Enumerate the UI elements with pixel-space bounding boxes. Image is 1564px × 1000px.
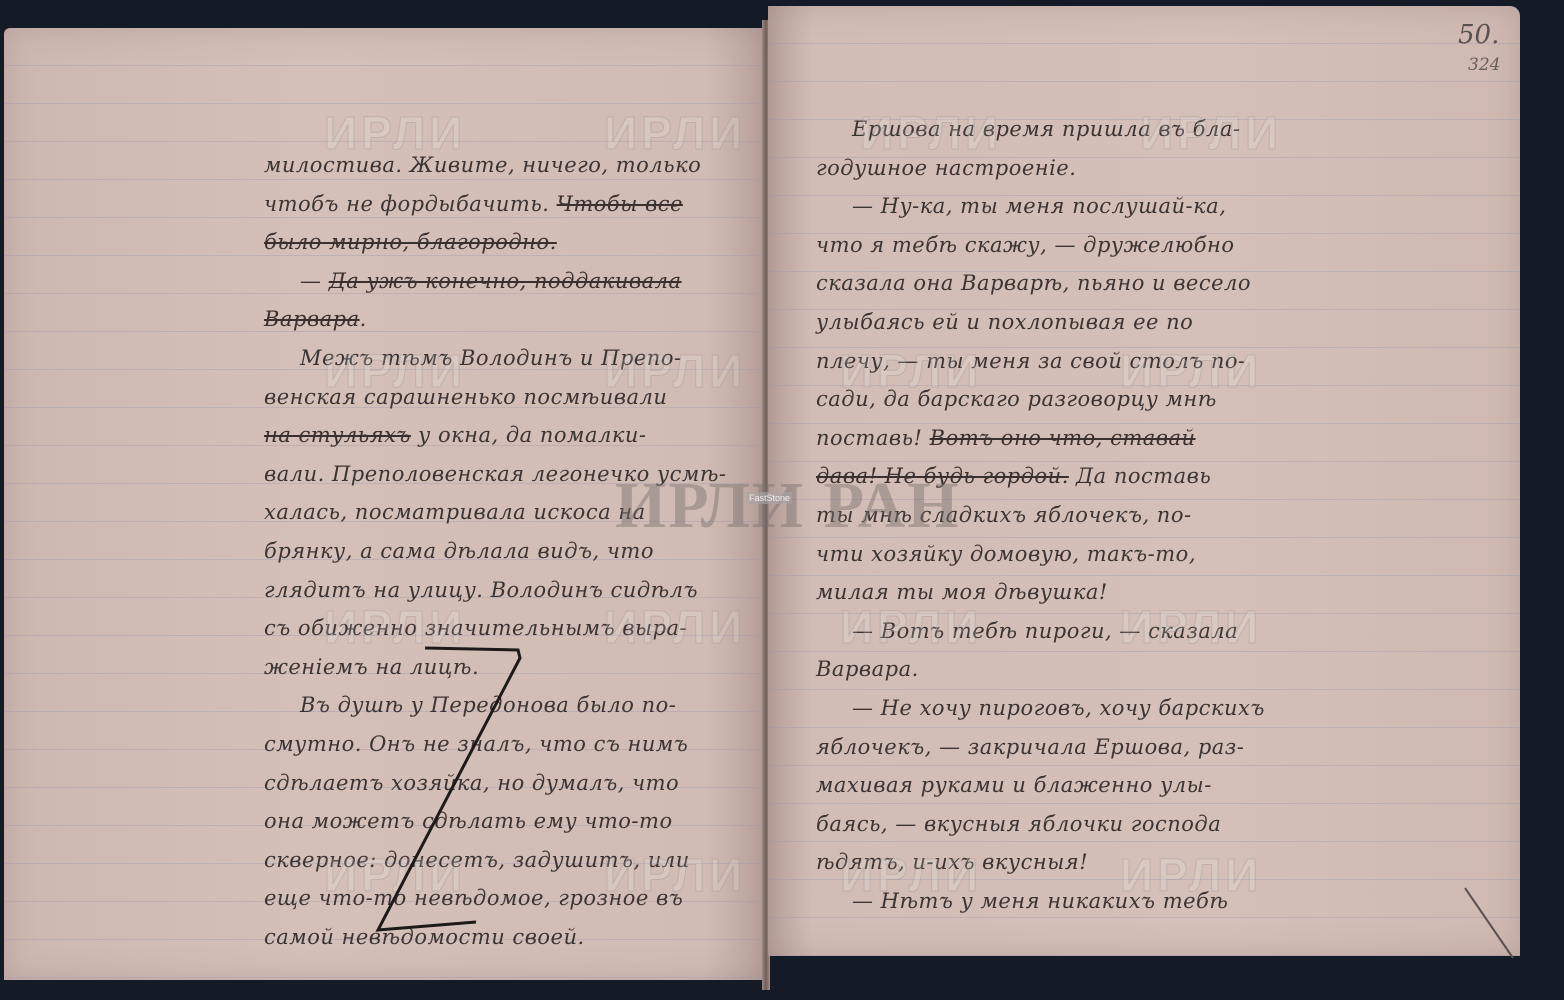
- manuscript-spread: милостива. Живите, ничего, только чтобъ …: [0, 0, 1564, 1000]
- editorial-marks: [0, 0, 1564, 1000]
- paragraph-bracket-mark: [378, 648, 520, 930]
- pencil-stroke-mark: [1465, 888, 1513, 958]
